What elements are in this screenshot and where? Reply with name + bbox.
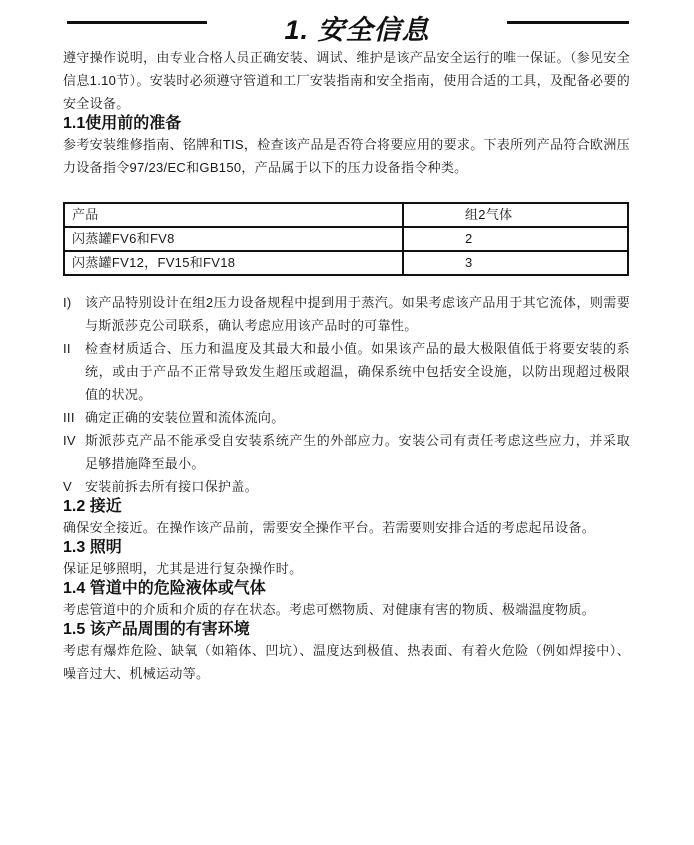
list-item: V 安装前拆去所有接口保护盖。	[63, 475, 630, 498]
list-item-text: 确定正确的安装位置和流体流向。	[85, 406, 630, 429]
section-1-5-heading: 1.5 该产品周围的有害环境	[63, 621, 630, 639]
section-1-3-heading: 1.3 照明	[63, 539, 630, 557]
pre-use-checklist: I) 该产品特别设计在组2压力设备规程中提到用于蒸汽。如果考虑该产品用于其它流体…	[63, 291, 630, 498]
intro-paragraph: 遵守操作说明，由专业合格人员正确安装、调试、维护是该产品安全运行的唯一保证。（参…	[63, 46, 630, 115]
table-header-gas-group: 组2气体	[403, 203, 628, 227]
section-1-2-body: 确保安全接近。在操作该产品前，需要安全操作平台。若需要则安排合适的考虑起吊设备。	[63, 516, 630, 539]
section-1-4-heading: 1.4 管道中的危险液体或气体	[63, 580, 630, 598]
list-item-marker: IV	[63, 429, 85, 475]
title-rule-right	[507, 21, 629, 24]
list-item-marker: II	[63, 337, 85, 406]
title-rule-left	[67, 21, 207, 24]
list-item: III 确定正确的安装位置和流体流向。	[63, 406, 630, 429]
table-row: 闪蒸罐FV12，FV15和FV18 3	[64, 251, 628, 275]
page-title: 1. 安全信息	[284, 8, 429, 47]
table-row: 闪蒸罐FV6和FV8 2	[64, 227, 628, 251]
section-1-1-body: 参考安装维修指南、铭牌和TIS，检查该产品是否符合将要应用的要求。下表所列产品符…	[63, 133, 630, 179]
list-item-text: 检查材质适合、压力和温度及其最大和最小值。如果该产品的最大极限值低于将要安装的系…	[85, 337, 630, 406]
table-header-row: 产品 组2气体	[64, 203, 628, 227]
section-1-2-heading: 1.2 接近	[63, 498, 630, 516]
title-row: 1. 安全信息	[67, 8, 629, 46]
table-cell-product: 闪蒸罐FV12，FV15和FV18	[64, 251, 403, 275]
list-item-text: 斯派莎克产品不能承受自安装系统产生的外部应力。安装公司有责任考虑这些应力，并采取…	[85, 429, 630, 475]
list-item: I) 该产品特别设计在组2压力设备规程中提到用于蒸汽。如果考虑该产品用于其它流体…	[63, 291, 630, 337]
document-page: 1. 安全信息 遵守操作说明，由专业合格人员正确安装、调试、维护是该产品安全运行…	[0, 0, 694, 845]
table-header-product: 产品	[64, 203, 403, 227]
list-item: IV 斯派莎克产品不能承受自安装系统产生的外部应力。安装公司有责任考虑这些应力，…	[63, 429, 630, 475]
list-item-marker: V	[63, 475, 85, 498]
section-1-3-body: 保证足够照明，尤其是进行复杂操作时。	[63, 557, 630, 580]
section-1-1-heading: 1.1使用前的准备	[63, 115, 630, 133]
section-1-5-body: 考虑有爆炸危险、缺氧（如箱体、凹坑）、温度达到极值、热表面、有着火危险（例如焊接…	[63, 639, 630, 685]
list-item-marker: I)	[63, 291, 85, 337]
table-cell-category: 3	[403, 251, 628, 275]
list-item-marker: III	[63, 406, 85, 429]
list-item-text: 安装前拆去所有接口保护盖。	[85, 475, 630, 498]
section-1-4-body: 考虑管道中的介质和介质的存在状态。考虑可燃物质、对健康有害的物质、极端温度物质。	[63, 598, 630, 621]
pressure-category-table: 产品 组2气体 闪蒸罐FV6和FV8 2 闪蒸罐FV12，FV15和FV18 3	[63, 202, 629, 276]
table-cell-product: 闪蒸罐FV6和FV8	[64, 227, 403, 251]
list-item: II 检查材质适合、压力和温度及其最大和最小值。如果该产品的最大极限值低于将要安…	[63, 337, 630, 406]
list-item-text: 该产品特别设计在组2压力设备规程中提到用于蒸汽。如果考虑该产品用于其它流体，则需…	[85, 291, 630, 337]
table-cell-category: 2	[403, 227, 628, 251]
